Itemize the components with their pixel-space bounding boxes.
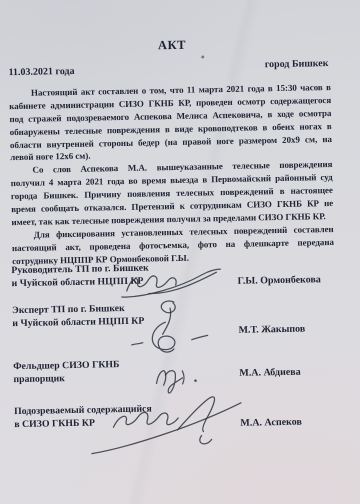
paragraph-2: Со слов Аспекова М.А. вышеуказанные теле… xyxy=(10,158,333,229)
signature-aspekov xyxy=(85,393,254,460)
signature-role-3: Фельдшер СИЗО ГКНБ прапорщик xyxy=(13,359,120,386)
signature-name-4: М.А. Аспеков xyxy=(240,416,350,429)
document-body: Настоящий акт составлен о том, что 11 ма… xyxy=(9,81,334,268)
paragraph-1: Настоящий акт составлен о том, что 11 ма… xyxy=(9,81,332,165)
document-title: АКТ xyxy=(0,35,348,57)
signature-role-2: Эксперт ТП по г. Бишкек и Чуйской област… xyxy=(12,303,144,331)
signature-name-2: М.Т. Жакыпов xyxy=(238,323,348,336)
signature-role-line: прапорщик xyxy=(13,372,120,387)
signature-abdieva xyxy=(148,358,204,397)
signature-zhakypov xyxy=(129,295,210,361)
signature-role-line: и Чуйской области НЦПП КР xyxy=(12,315,144,330)
paragraph-3: Для фиксирования установленных телесных … xyxy=(12,223,335,268)
paper-sheet: АКТ 11.03.2021 года город Бишкек Настоящ… xyxy=(0,0,360,504)
dateline: 11.03.2021 года город Бишкек xyxy=(8,58,328,64)
signature-name-1: Г.Ы. Ормонбекова xyxy=(238,274,348,287)
signature-role-line: Фельдшер СИЗО ГКНБ xyxy=(13,359,120,374)
signature-name-3: М.А. Абдиева xyxy=(239,366,349,379)
document-city: город Бишкек xyxy=(265,58,329,70)
paper-speck xyxy=(201,55,204,58)
document-photo: АКТ 11.03.2021 года город Бишкек Настоящ… xyxy=(0,0,360,504)
document-date: 11.03.2021 года xyxy=(8,66,74,78)
